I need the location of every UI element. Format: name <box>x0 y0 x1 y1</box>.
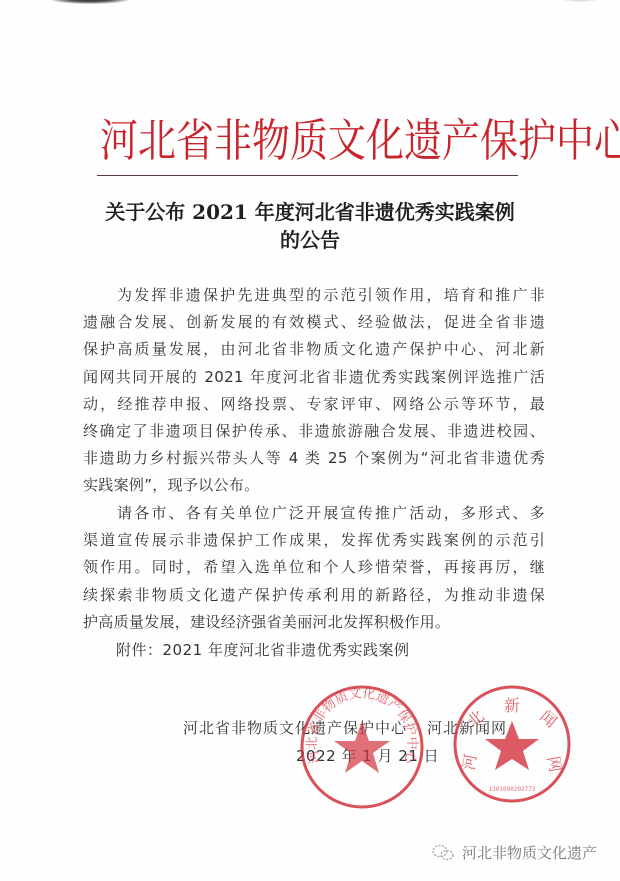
wechat-watermark: 河北非物质文化遗产 <box>432 842 597 863</box>
org-letterhead: 河北省非物质文化遗产保护中心 <box>100 104 510 169</box>
svg-text:新: 新 <box>504 696 520 715</box>
svg-text:河: 河 <box>459 753 480 772</box>
text-line: 闻网共同开展的 2021 年度河北省非遗优秀实践案例评选推广活 <box>83 364 545 391</box>
text-line: 续探索非物质文化遗产保护传承利用的新路径，为推动非遗保 <box>83 582 545 609</box>
scan-shadow <box>560 0 600 2</box>
document-title-line-1: 关于公布 2021 年度河北省非遗优秀实践案例 <box>60 196 560 225</box>
text-line: 护高质量发展，建设经济强省美丽河北发挥积极作用。 <box>83 609 545 636</box>
official-seal-icon: 河北省非物质文化遗产保护中心 <box>298 683 426 811</box>
text-line: 动，经推荐申报、网络投票、专家评审、网络公示等环节，最 <box>83 391 545 418</box>
wechat-icon <box>432 844 454 862</box>
scan-shadow <box>50 0 130 4</box>
document-title-line-2: 的公告 <box>60 224 560 253</box>
text-line: 领作用。同时，希望入选单位和个人珍惜荣誉，再接再厉，继 <box>83 554 545 581</box>
letterhead-divider <box>97 175 518 176</box>
paragraph-2: 请各市、各有关单位广泛开展宣传推广活动，多形式、多 渠道宣传展示非遗保护工作成果… <box>83 500 545 636</box>
text-line: 实践案例”，现予以公布。 <box>83 472 545 499</box>
watermark-label: 河北非物质文化遗产 <box>462 842 597 863</box>
text-line: 遗融合发展、创新发展的有效模式、经验做法，促进全省非遗 <box>83 309 545 336</box>
svg-text:1301090202773: 1301090202773 <box>489 786 536 793</box>
text-line: 非遗助力乡村振兴带头人等 4 类 25 个案例为“河北省非遗优秀 <box>83 445 545 472</box>
text-line: 请各市、各有关单位广泛开展宣传推广活动，多形式、多 <box>83 500 545 527</box>
attachment-note: 附件：2021 年度河北省非遗优秀实践案例 <box>116 639 409 660</box>
document-page: 河北省非物质文化遗产保护中心 关于公布 2021 年度河北省非遗优秀实践案例 的… <box>0 0 620 881</box>
text-line: 终确定了非遗项目保护传承、非遗旅游融合发展、非遗进校园、 <box>83 418 545 445</box>
text-line: 为发挥非遗保护先进典型的示范引领作用，培育和推广非 <box>83 282 545 309</box>
svg-text:网: 网 <box>544 755 565 774</box>
text-line: 保护高质量发展，由河北省非物质文化遗产保护中心、河北新 <box>83 336 545 363</box>
news-seal-icon: 新 北 闻 河 网 1301090202773 <box>451 683 573 805</box>
paragraph-1: 为发挥非遗保护先进典型的示范引领作用，培育和推广非 遗融合发展、创新发展的有效模… <box>83 282 545 500</box>
text-line: 渠道宣传展示非遗保护工作成果，发挥优秀实践案例的示范引 <box>83 527 545 554</box>
